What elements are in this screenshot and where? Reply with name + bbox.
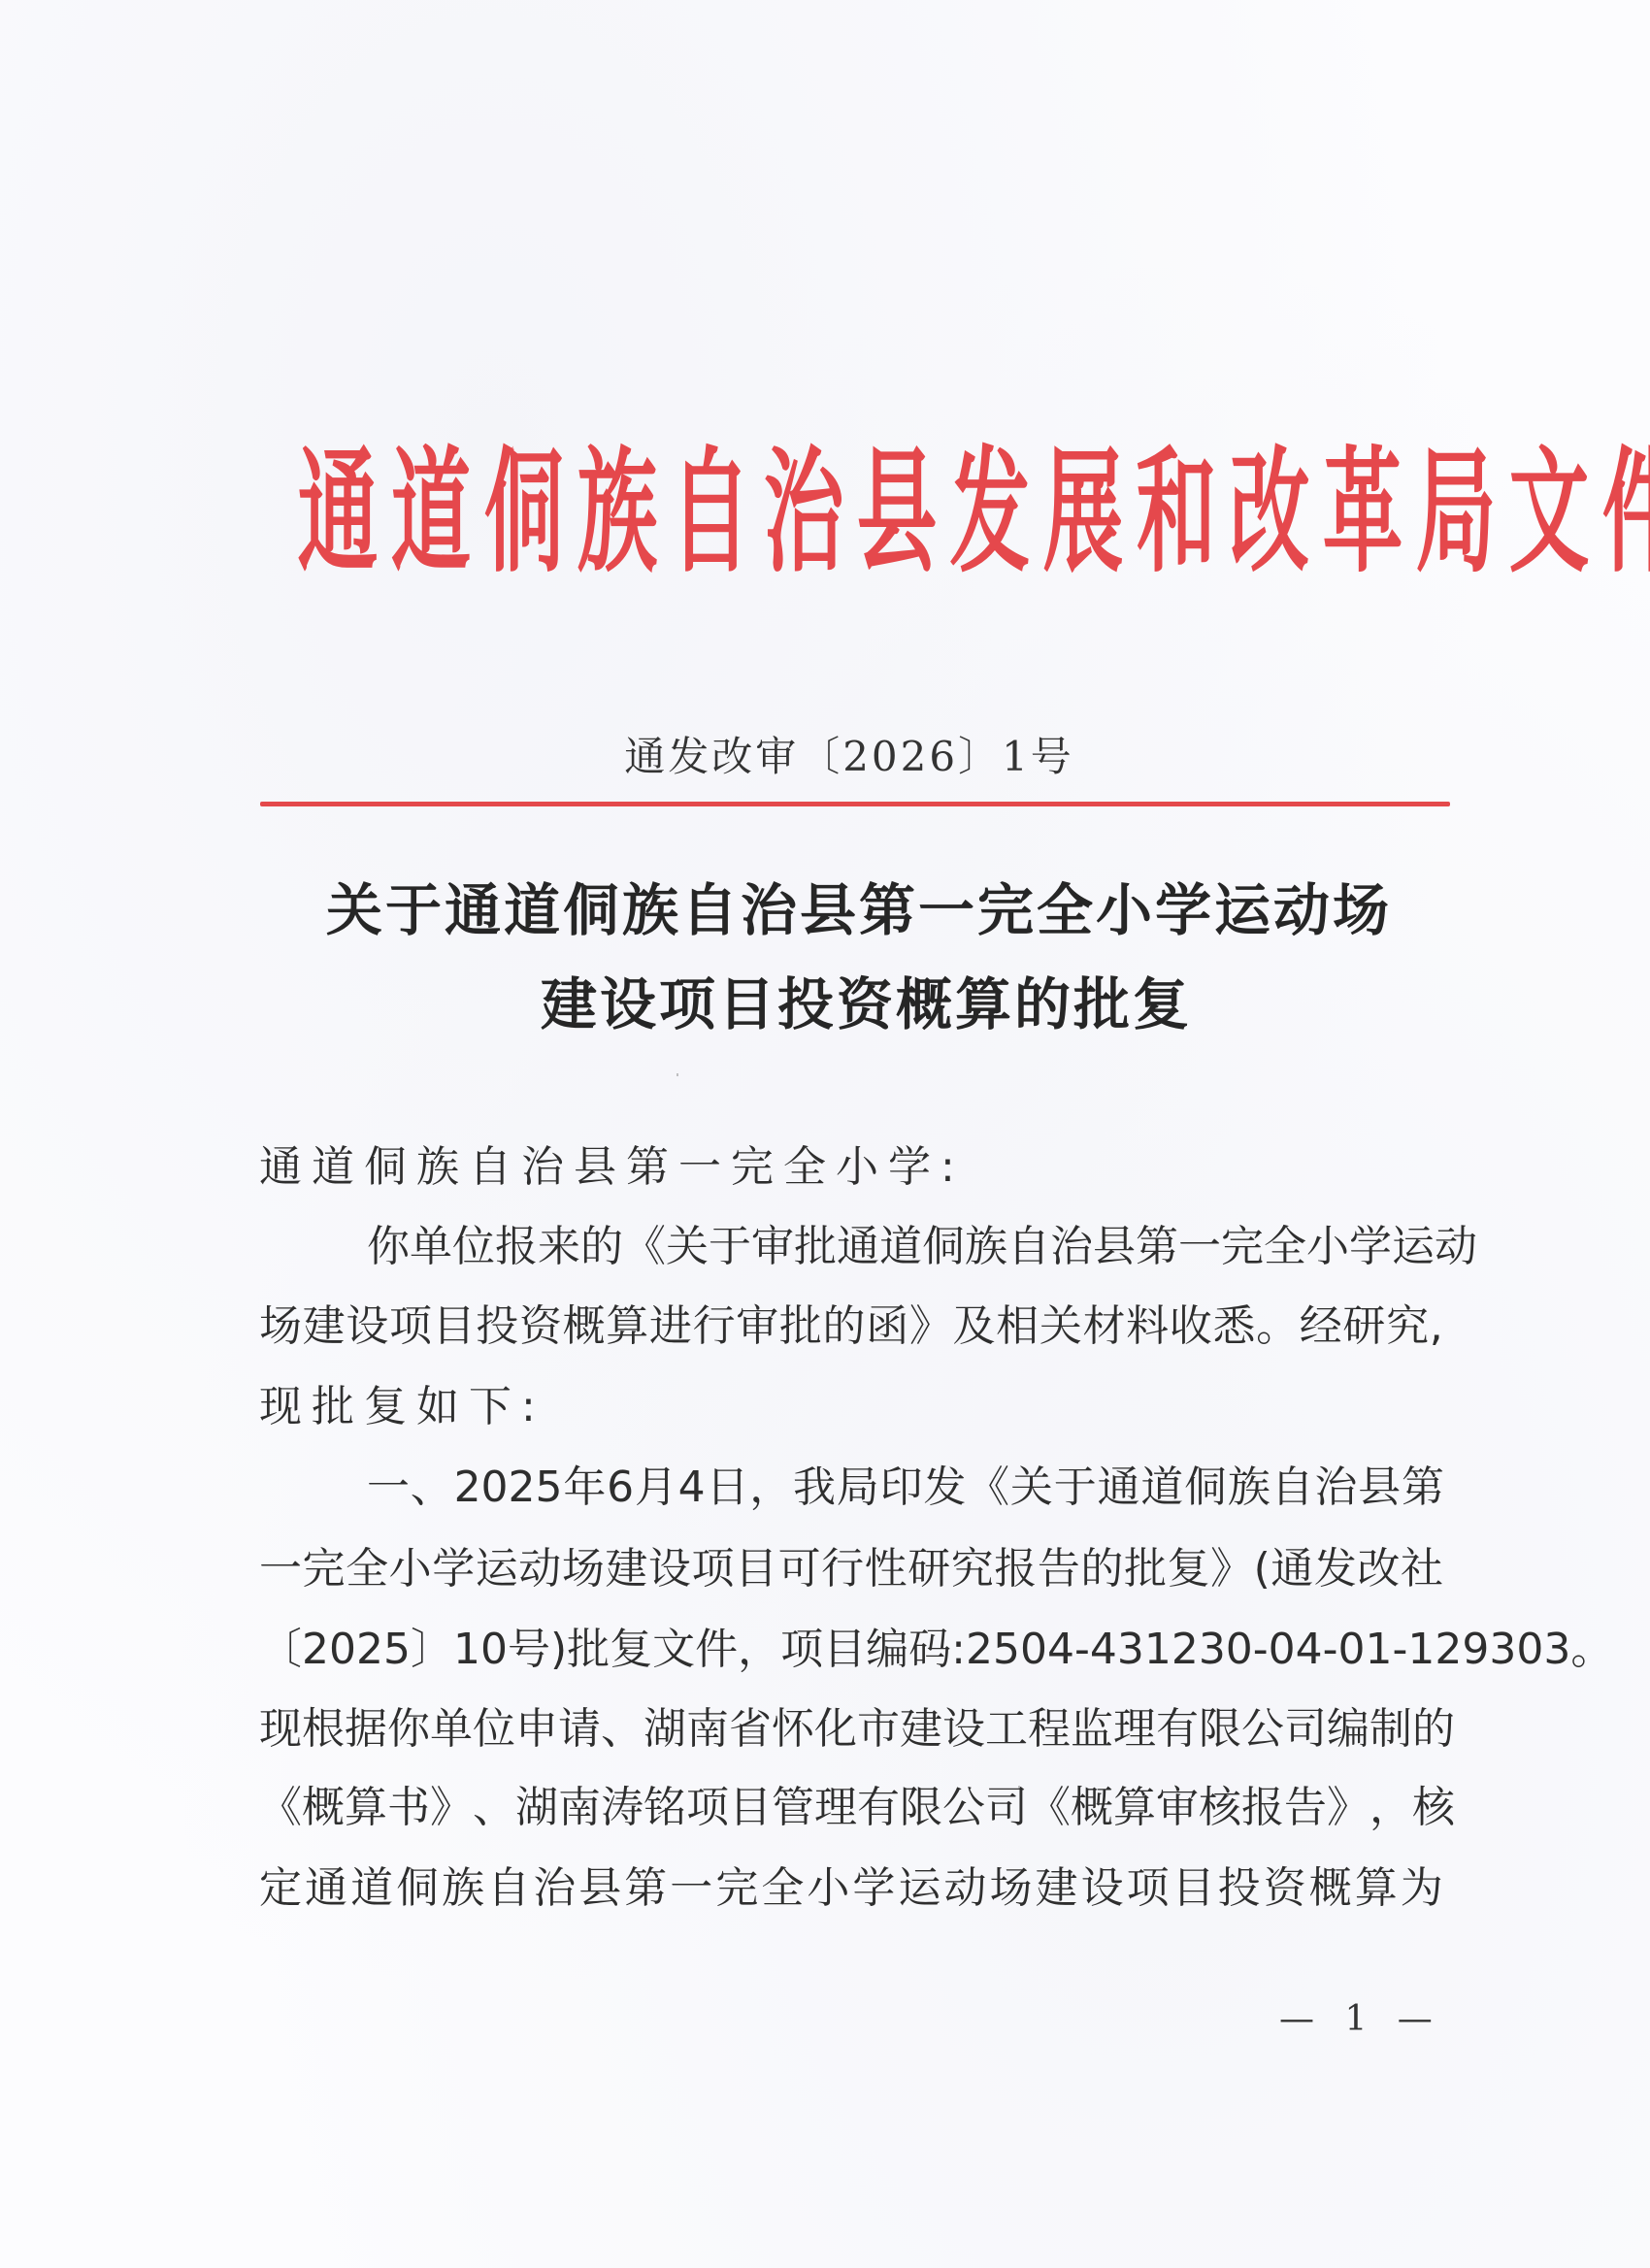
body-line: 一、2025年6月4日，我局印发《关于通道侗族自治县第: [367, 1459, 1444, 1517]
body-line: 场建设项目投资概算进行审批的函》及相关材料收悉。经研究,: [259, 1298, 1443, 1356]
masthead-char: 族: [577, 444, 658, 579]
document-title-line-2: 建设项目投资概算的批复: [0, 973, 1650, 1035]
scan-speck: [676, 1073, 678, 1076]
masthead-char: 通: [298, 444, 379, 579]
page-number: — 1 —: [1279, 1999, 1442, 2039]
document-title-line-1: 关于通道侗族自治县第一完全小学运动场: [0, 879, 1650, 941]
body-line: 《概算书》、湖南涛铭项目管理有限公司《概算审核报告》，核: [259, 1779, 1443, 1837]
masthead-char: 文: [1509, 444, 1590, 579]
document-page: 通道侗族自治县发展和改革局文件 通道侗族自治县发展和改革局文件 通发改审〔202…: [0, 0, 1650, 2268]
masthead-title: 通道侗族自治县发展和改革局文件: [291, 435, 1427, 590]
body-line: 现根据你单位申请、湖南省怀化市建设工程监理有限公司编制的: [259, 1700, 1443, 1759]
body-line: 现批复如下:: [259, 1378, 1443, 1436]
body-line: 一完全小学运动场建设项目可行性研究报告的批复》(通发改社: [259, 1540, 1443, 1598]
masthead-char: 改: [1230, 444, 1310, 579]
masthead-char: 自: [671, 444, 751, 579]
scan-speck: [1018, 1786, 1020, 1789]
masthead-char: 和: [1137, 444, 1217, 579]
document-number: 通发改审〔2026〕1号: [0, 732, 1650, 782]
masthead-char: 件: [1602, 444, 1650, 579]
body-line: 你单位报来的《关于审批通道侗族自治县第一完全小学运动: [367, 1218, 1444, 1276]
body-line: 定通道侗族自治县第一完全小学运动场建设项目投资概算为: [259, 1859, 1443, 1918]
masthead-char: 局: [1416, 444, 1497, 579]
body-line: 〔2025〕10号)批复文件，项目编码:2504-431230-04-01-12…: [259, 1621, 1443, 1679]
masthead-char: 道: [391, 444, 472, 579]
masthead-char: 展: [1043, 444, 1124, 579]
salutation: 通道侗族自治县第一完全小学:: [259, 1138, 1443, 1197]
masthead-char: 治: [764, 444, 844, 579]
red-separator-rule: [260, 802, 1450, 806]
masthead-char: 侗: [484, 444, 565, 579]
masthead-char: 革: [1323, 444, 1403, 579]
masthead-char: 发: [950, 444, 1031, 579]
masthead-char: 县: [857, 444, 938, 579]
